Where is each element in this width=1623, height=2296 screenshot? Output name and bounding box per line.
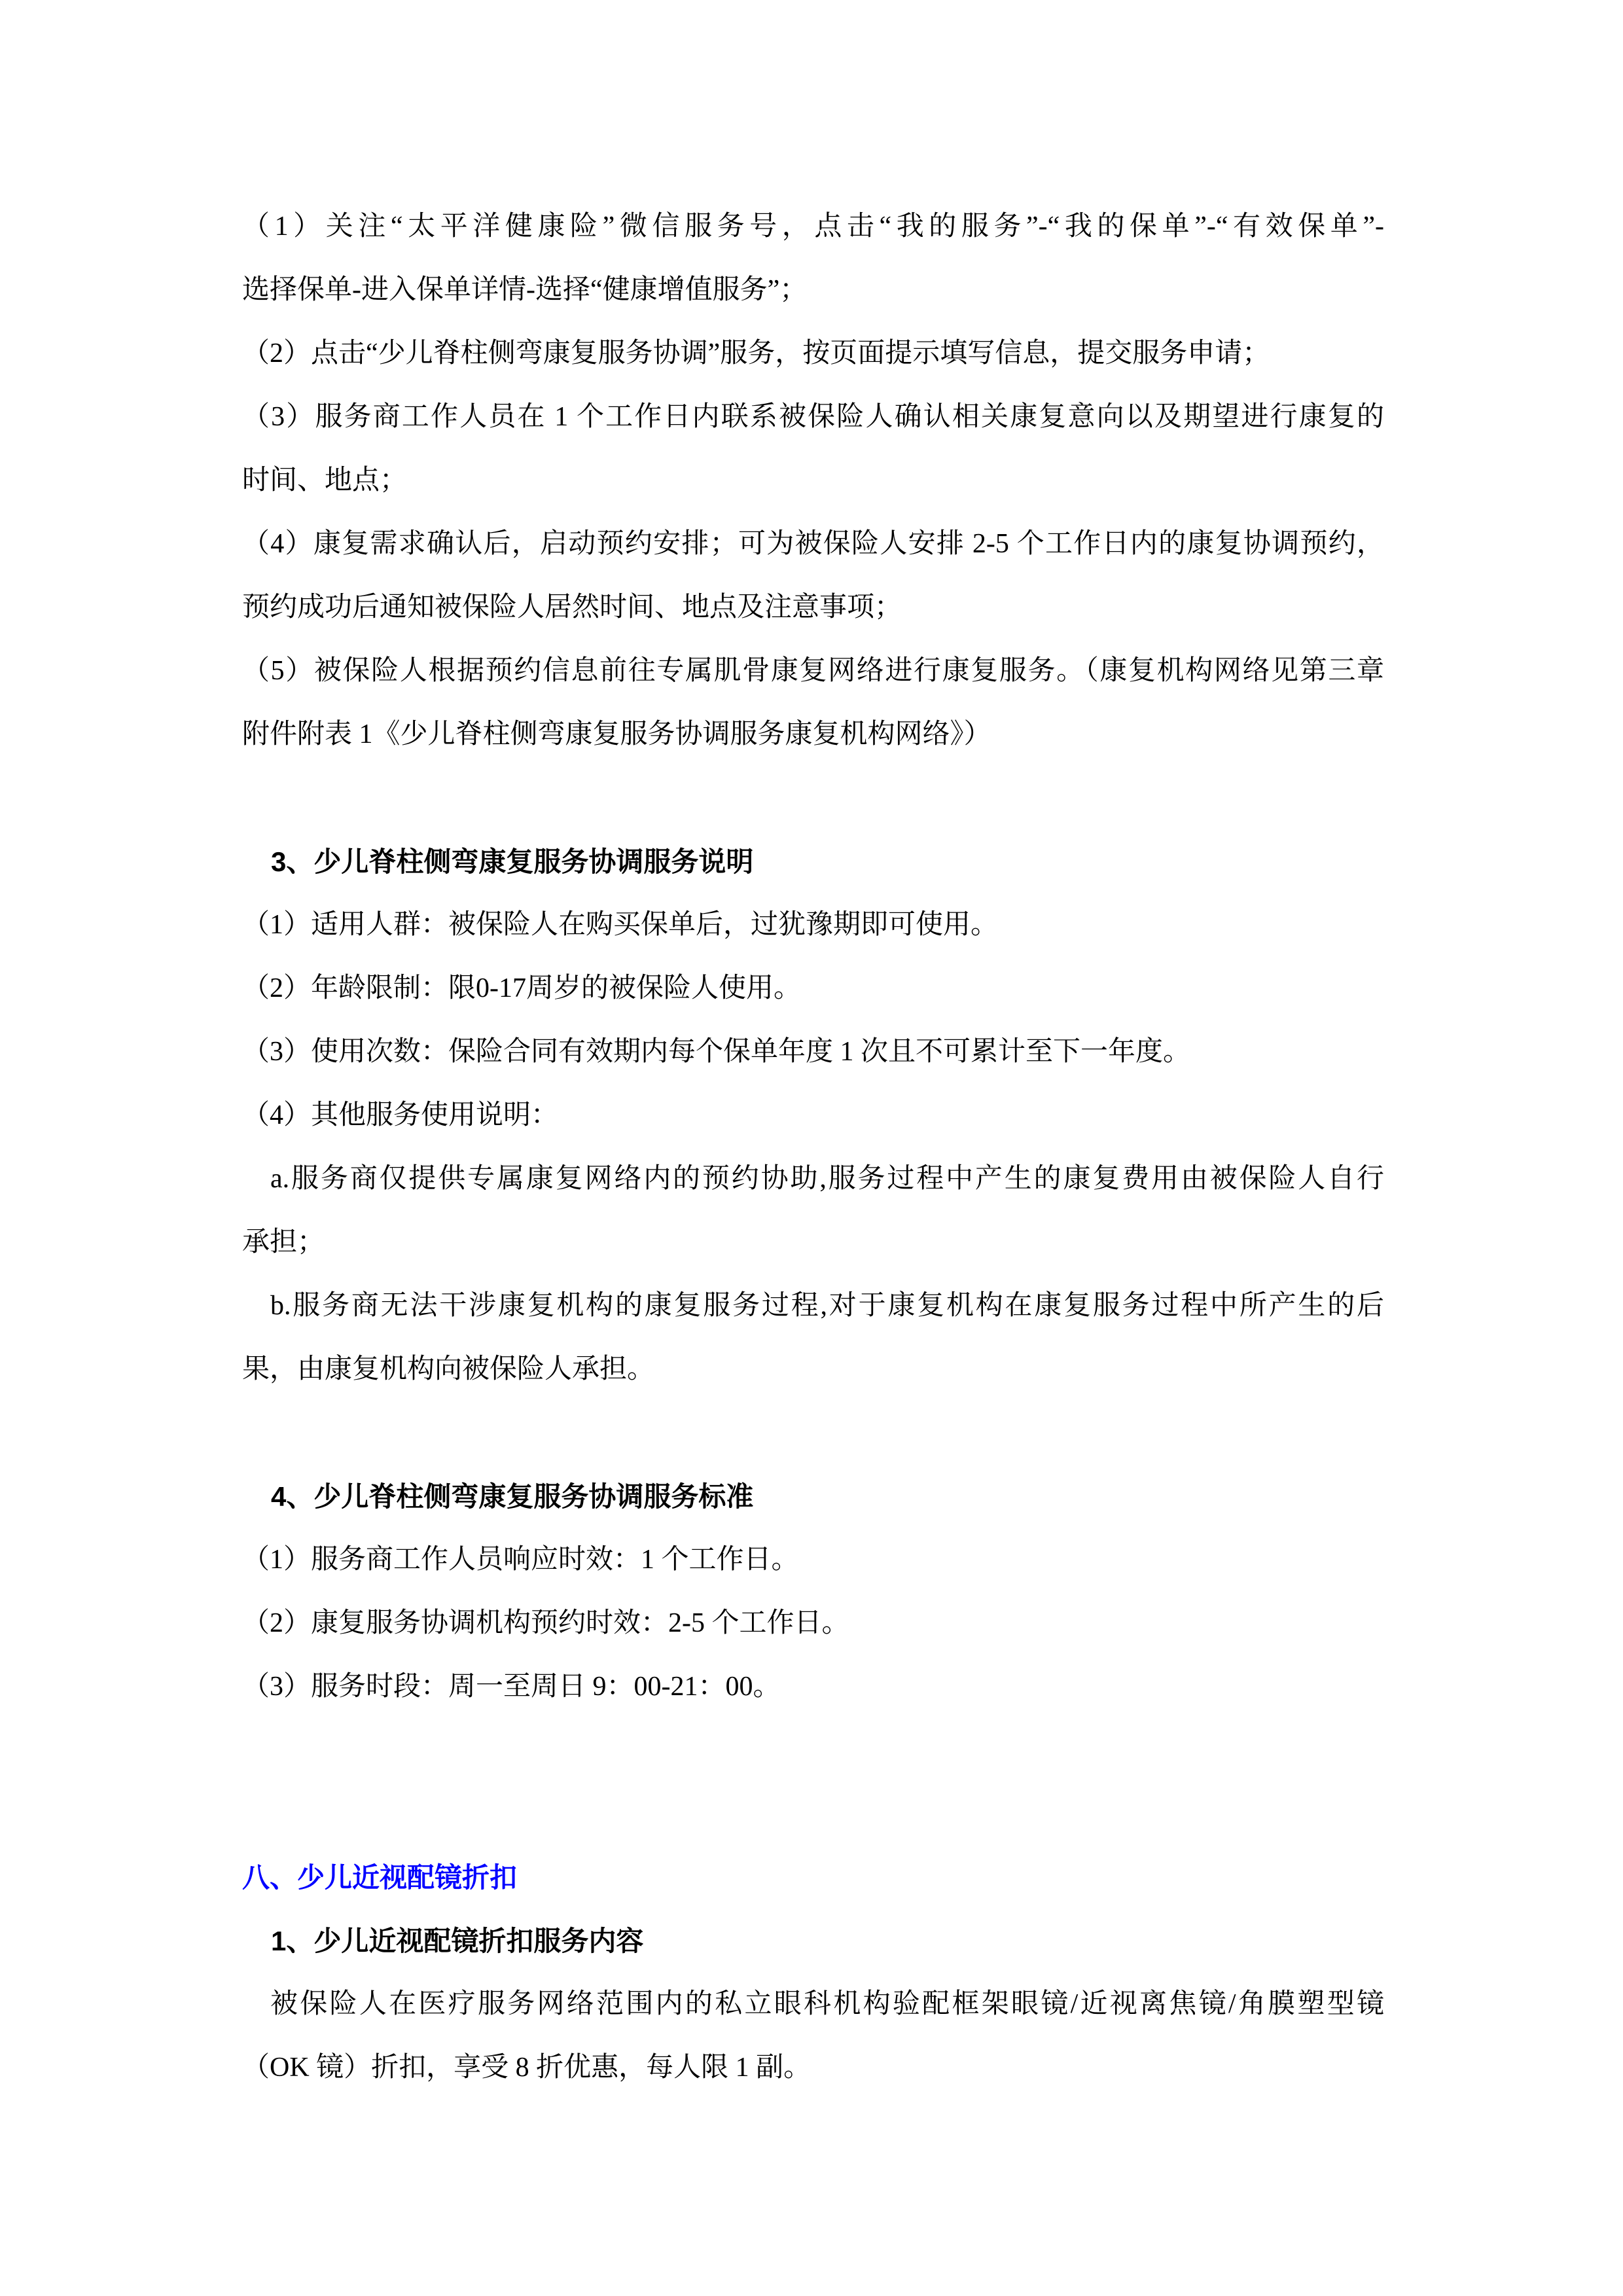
document-body: （1）关注“太平洋健康险”微信服务号，点击“我的服务”-“我的保单”-“有效保单… — [242, 195, 1384, 2100]
text-line: 预约成功后通知被保险人居然时间、地点及注意事项； — [242, 576, 1384, 639]
text-line: b.服务商无法干涉康复机构的康复服务过程,对于康复机构在康复服务过程中所产生的后 — [242, 1274, 1384, 1338]
blank-line — [242, 1401, 1384, 1465]
text-line: （1）关注“太平洋健康险”微信服务号，点击“我的服务”-“我的保单”-“有效保单… — [242, 195, 1384, 259]
section-4-heading: 4、少儿脊柱侧弯康复服务协调服务标准 — [242, 1465, 1384, 1528]
blank-line — [242, 1782, 1384, 1846]
text-line: （1）适用人群：被保险人在购买保单后，过犹豫期即可使用。 — [242, 893, 1384, 957]
section-8-heading: 八、少儿近视配镜折扣 — [242, 1846, 1384, 1909]
blank-line — [242, 1719, 1384, 1782]
blank-line — [242, 766, 1384, 830]
text-line: （3）服务商工作人员在 1 个工作日内联系被保险人确认相关康复意向以及期望进行康… — [242, 386, 1384, 449]
text-line: （OK 镜）折扣，享受 8 折优惠，每人限 1 副。 — [242, 2036, 1384, 2100]
text-line: 果，由康复机构向被保险人承担。 — [242, 1338, 1384, 1401]
text-line: （2）年龄限制：限0-17周岁的被保险人使用。 — [242, 957, 1384, 1020]
document-page: （1）关注“太平洋健康险”微信服务号，点击“我的服务”-“我的保单”-“有效保单… — [0, 0, 1623, 2296]
text-line: （3）服务时段：周一至周日 9：00-21：00。 — [242, 1655, 1384, 1719]
text-line: （2）康复服务协调机构预约时效：2-5 个工作日。 — [242, 1592, 1384, 1655]
text-line: 时间、地点； — [242, 449, 1384, 512]
text-line: （4）其他服务使用说明： — [242, 1084, 1384, 1147]
text-line: （2）点击“少儿脊柱侧弯康复服务协调”服务，按页面提示填写信息，提交服务申请； — [242, 322, 1384, 386]
text-line: （3）使用次数：保险合同有效期内每个保单年度 1 次且不可累计至下一年度。 — [242, 1020, 1384, 1084]
text-line: 承担； — [242, 1211, 1384, 1274]
section-3-heading: 3、少儿脊柱侧弯康复服务协调服务说明 — [242, 830, 1384, 893]
text-line: 附件附表 1《少儿脊柱侧弯康复服务协调服务康复机构网络》） — [242, 703, 1384, 766]
text-line: （4）康复需求确认后，启动预约安排；可为被保险人安排 2-5 个工作日内的康复协… — [242, 512, 1384, 576]
text-line: a.服务商仅提供专属康复网络内的预约协助,服务过程中产生的康复费用由被保险人自行 — [242, 1147, 1384, 1211]
text-line: （5）被保险人根据预约信息前往专属肌骨康复网络进行康复服务。（康复机构网络见第三… — [242, 639, 1384, 703]
text-line: （1）服务商工作人员响应时效：1 个工作日。 — [242, 1528, 1384, 1592]
section-8-1-heading: 1、少儿近视配镜折扣服务内容 — [242, 1909, 1384, 1973]
text-line: 选择保单-进入保单详情-选择“健康增值服务”； — [242, 259, 1384, 322]
text-line: 被保险人在医疗服务网络范围内的私立眼科机构验配框架眼镜/近视离焦镜/角膜塑型镜 — [242, 1973, 1384, 2036]
